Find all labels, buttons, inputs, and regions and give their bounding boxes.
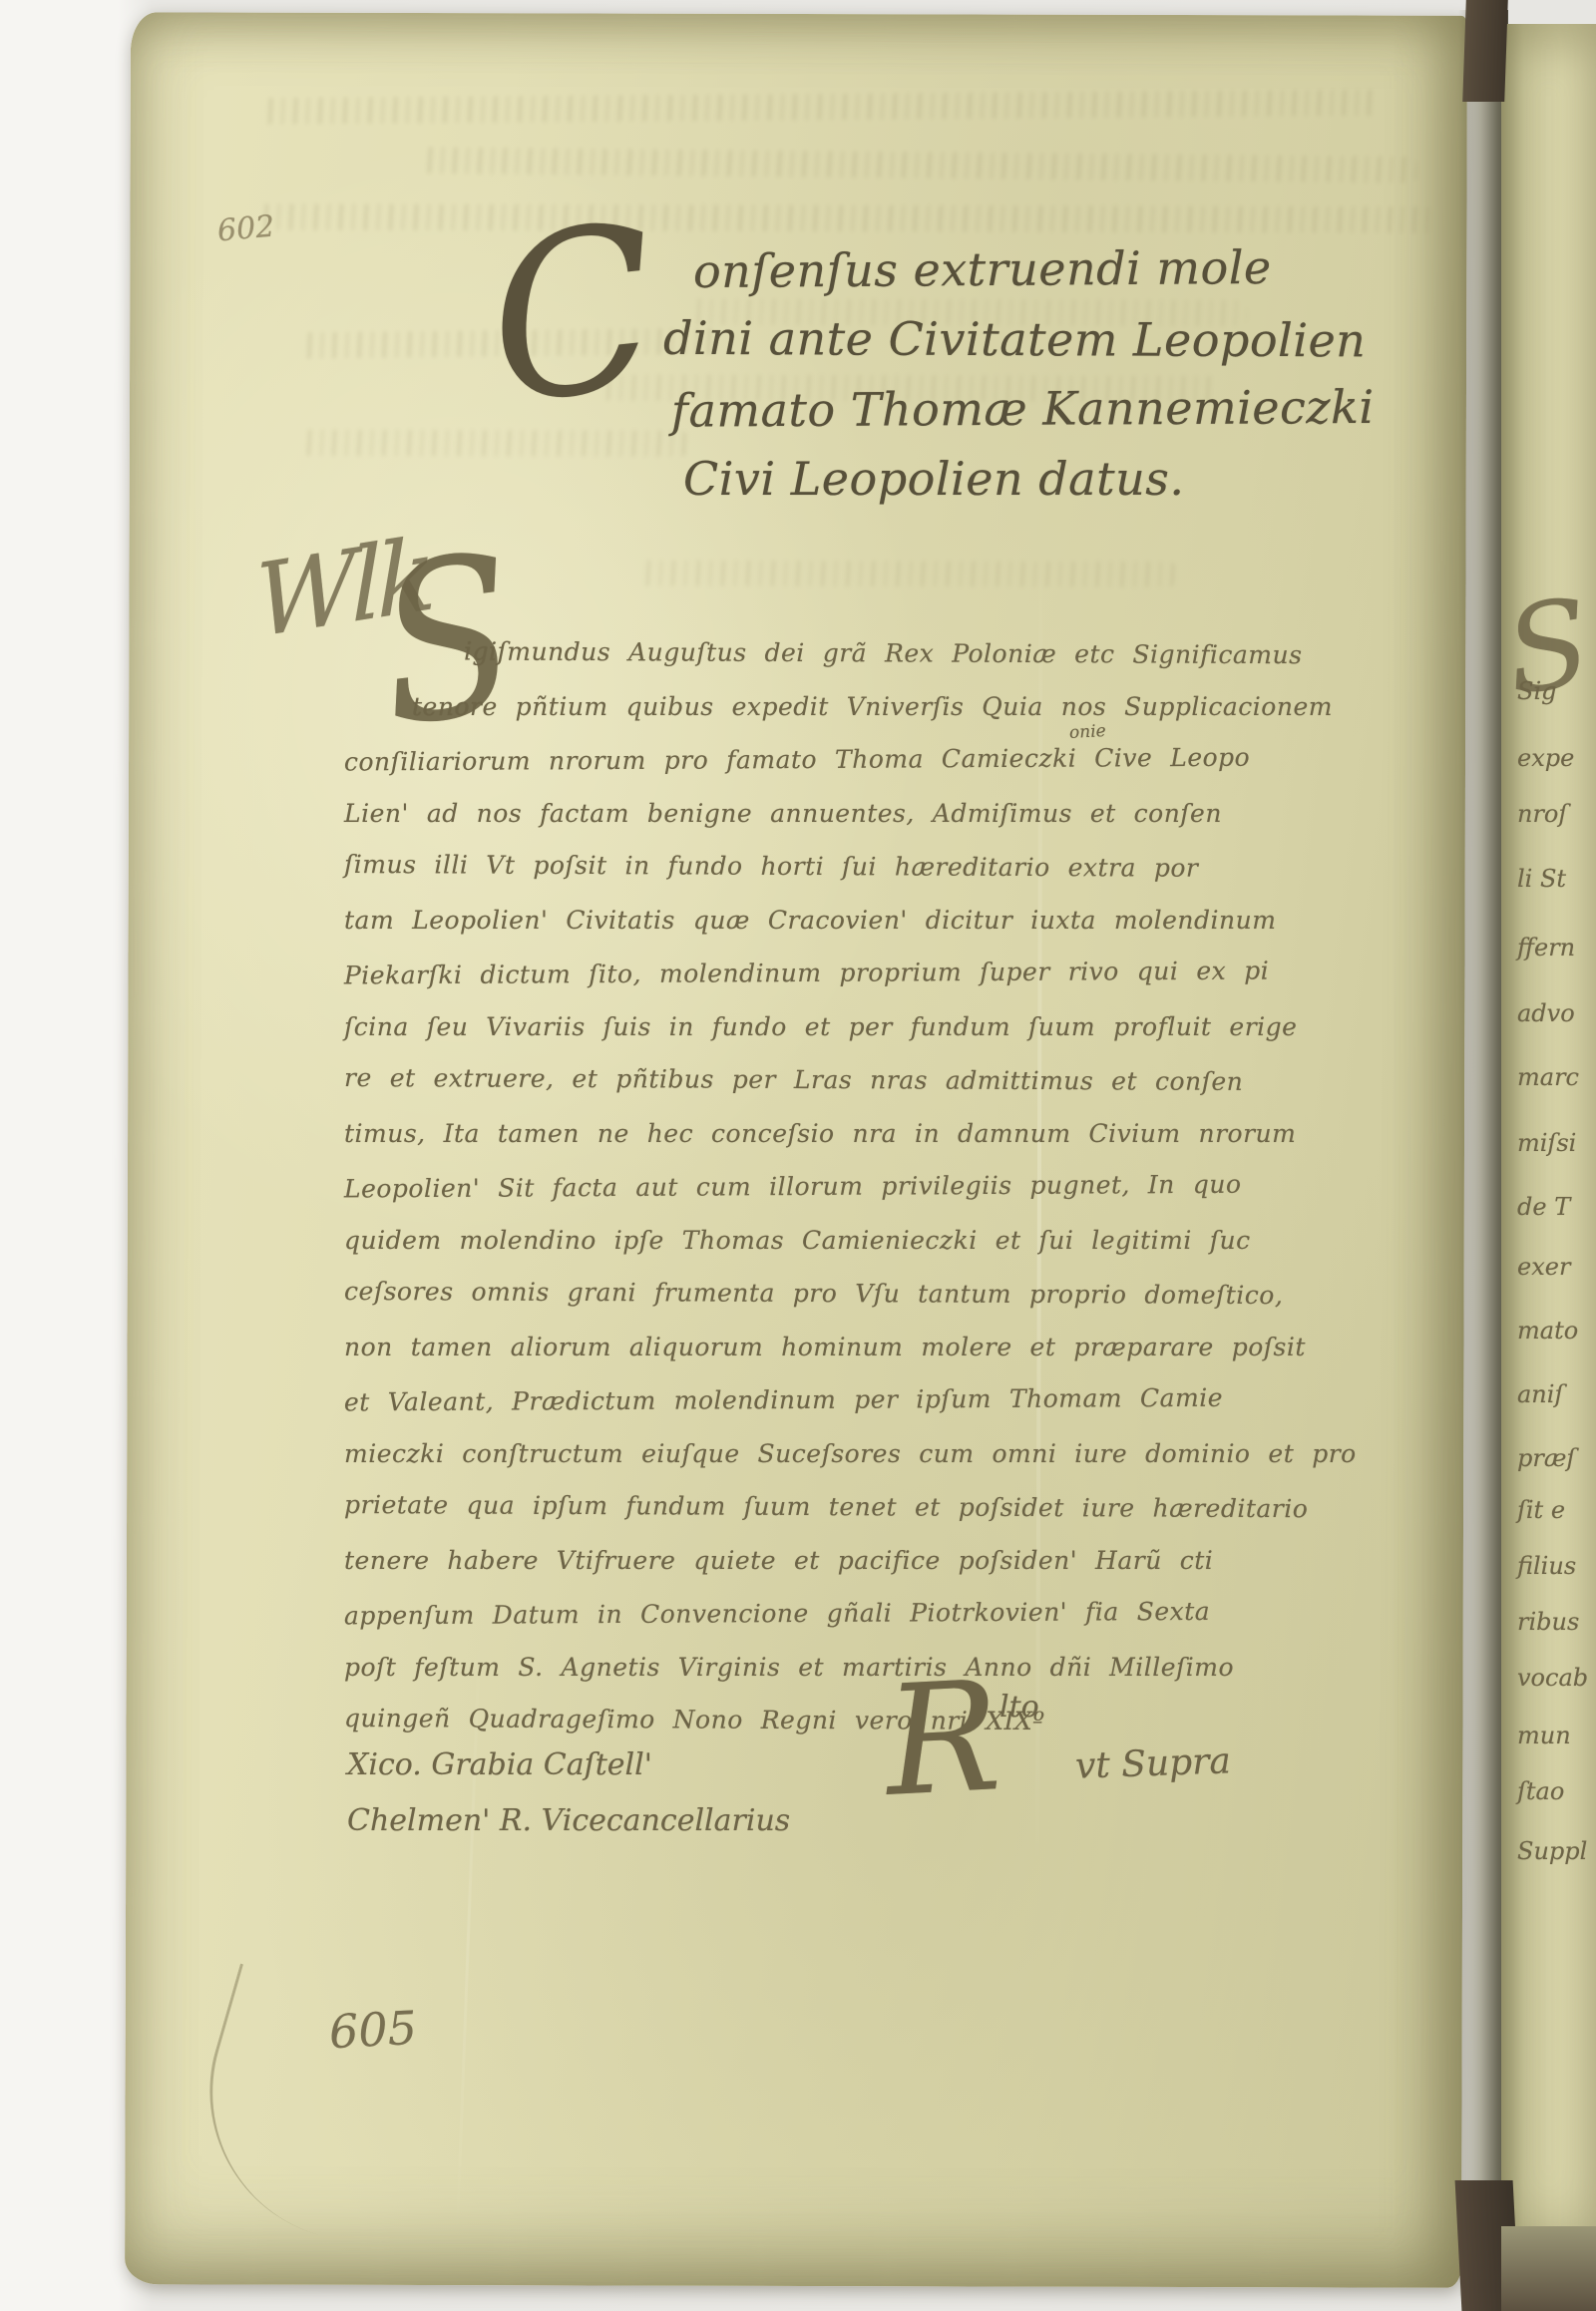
facing-page-fragment: miſsi xyxy=(1517,1129,1596,1157)
relatio-abbreviation: lto xyxy=(999,1690,1039,1725)
facing-page-fragment: expe xyxy=(1517,744,1596,772)
facing-page-fragment: Suppl xyxy=(1517,1837,1596,1865)
facing-page-fragment: li St xyxy=(1517,865,1596,893)
folio-number-bottom: 605 xyxy=(328,2001,419,2060)
relatio-initial-letter: R xyxy=(882,1661,1003,1818)
body-line: conſiliariorum nrorum pro famato Thoma C… xyxy=(344,743,1262,801)
bleedthrough-ghost-line xyxy=(255,204,1432,233)
body-line: ceſsores omnis grani frumenta pro Vſu ta… xyxy=(344,1277,1262,1335)
body-line: igiſmundus Auguſtus dei grã Rex Poloniæ … xyxy=(344,636,1262,694)
body-text: igiſmundus Auguſtus dei grã Rex Poloniæ … xyxy=(344,638,1262,1759)
body-line: et Valeant, Prædictum molendinum per ipſ… xyxy=(344,1383,1262,1441)
facing-page-fragment: ſtao xyxy=(1517,1777,1596,1805)
body-line: ſimus illi Vt poſsit in fundo horti ſui … xyxy=(344,850,1262,908)
subscription-line: Xico. Grabia Caſtell' xyxy=(347,1747,790,1803)
document-heading: onſenſus extruendi mole dini ante Civita… xyxy=(653,242,1312,522)
facing-page-fragment: ſit e xyxy=(1517,1496,1596,1524)
body-line: tenere habere Vtifruere quiete et pacifi… xyxy=(344,1546,1262,1600)
bleedthrough-ghost-line xyxy=(419,148,1416,184)
heading-line: onſenſus extruendi mole xyxy=(653,240,1312,315)
photo-stage: 602 C onſenſus extruendi mole dini ante … xyxy=(0,0,1596,2311)
chancery-subscription: Xico. Grabia Caſtell' Chelmen' R. Viceca… xyxy=(347,1747,790,1859)
body-line: timus, Ita tamen ne hec conceſsio nra in… xyxy=(344,1119,1262,1173)
facing-page-fragment: ffern xyxy=(1517,934,1596,962)
facing-page-fragment: mato xyxy=(1517,1317,1596,1345)
body-line: prietate qua ipſum fundum ſuum tenet et … xyxy=(344,1490,1262,1548)
body-line: ſcina ſeu Vivariis ſuis in fundo et per … xyxy=(344,1012,1262,1066)
body-line: appenſum Datum in Convencione gñali Piot… xyxy=(344,1597,1262,1655)
facing-page-fragment: vocab xyxy=(1517,1664,1596,1692)
body-line: re et extruere, et pñtibus per Lras nras… xyxy=(344,1063,1262,1121)
facing-page-fragment: advo xyxy=(1517,999,1596,1027)
heading-initial-letter: C xyxy=(480,194,666,436)
body-line: tenore pñtium quibus expedit Vniverſis Q… xyxy=(344,692,1262,746)
facing-page-fragment: præſ xyxy=(1517,1444,1596,1472)
facing-page-fragment: exer xyxy=(1517,1253,1596,1281)
facing-page-fragment: mun xyxy=(1517,1722,1596,1749)
body-line: tam Leopolien' Civitatis quæ Cracovien' … xyxy=(344,906,1262,960)
body-line: Leopolien' Sit facta aut cum illorum pri… xyxy=(344,1170,1262,1228)
subscription-line: Chelmen' R. Vicecancellarius xyxy=(347,1803,790,1859)
relatio-text: vt Supra xyxy=(1074,1740,1231,1786)
heading-line: dini ante Civitatem Leopolien xyxy=(653,311,1312,383)
book-block-corner xyxy=(1501,2226,1596,2311)
body-line: non tamen aliorum aliquorum hominum mole… xyxy=(344,1333,1262,1386)
body-line: Piekarſki dictum ſito, molendinum propri… xyxy=(344,957,1262,1014)
body-line: poſt feſtum S. Agnetis Virginis et marti… xyxy=(344,1653,1262,1707)
facing-page-fragment: de T xyxy=(1517,1193,1596,1221)
facing-page-fragment: marc xyxy=(1517,1063,1596,1091)
spine-strap-top xyxy=(1462,0,1508,102)
facing-page-fragment: ribus xyxy=(1517,1608,1596,1636)
body-line: quidem molendino ipſe Thomas Camienieczk… xyxy=(344,1226,1262,1280)
facing-page-edge: S Sig expe nroſ li St ffern advo marc mi… xyxy=(1501,24,1596,2260)
body-line: Lien' ad nos factam benigne annuentes, A… xyxy=(344,799,1262,853)
bleedthrough-ghost-line xyxy=(260,90,1378,125)
body-line: mieczki conſtructum eiuſque Suceſsores c… xyxy=(344,1439,1262,1493)
heading-line: Civi Leopolien datus. xyxy=(653,452,1312,522)
facing-page-fragment: nroſ xyxy=(1517,800,1596,828)
facing-page-fragment: Sig xyxy=(1517,677,1596,705)
bleedthrough-ghost-line xyxy=(637,561,1176,587)
facing-page-fragment: filius xyxy=(1517,1552,1596,1580)
facing-page-fragment: aniſ xyxy=(1517,1380,1596,1408)
folio-number-top: 602 xyxy=(216,209,276,249)
heading-line: famato Thomæ Kannemieczki xyxy=(653,380,1312,453)
